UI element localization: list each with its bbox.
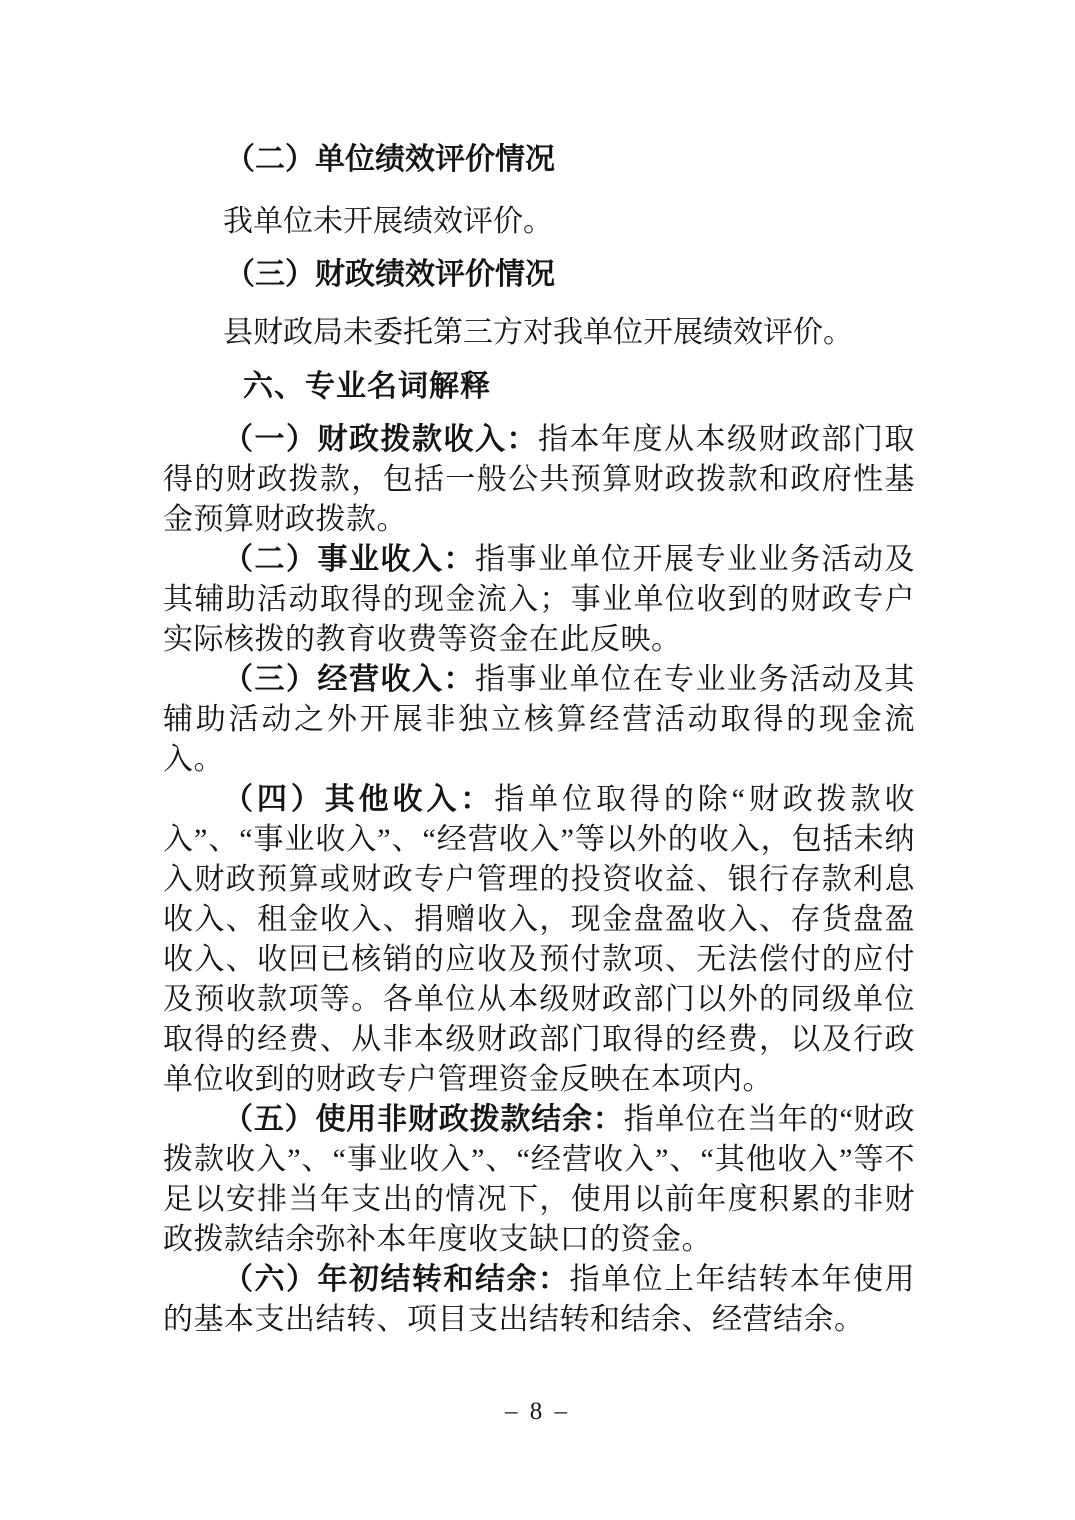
glossary-list: （一）财政拨款收入：指本年度从本级财政部门取得的财政拨款，包括一般公共预算财政拨… bbox=[163, 420, 915, 1340]
section-body-unit-performance: 我单位未开展绩效评价。 bbox=[163, 202, 915, 242]
glossary-term-label: （六）年初结转和结余： bbox=[223, 1263, 570, 1296]
document-page: （二）单位绩效评价情况 我单位未开展绩效评价。 （三）财政绩效评价情况 县财政局… bbox=[0, 0, 1075, 1520]
section-heading-finance-performance: （三）财政绩效评价情况 bbox=[163, 255, 915, 295]
glossary-term-label: （三）经营收入： bbox=[223, 663, 475, 696]
glossary-term-label: （四）其他收入： bbox=[223, 783, 494, 816]
page-number: – 8 – bbox=[0, 1398, 1075, 1426]
glossary-term: （五）使用非财政拨款结余：指单位在当年的“财政拨款收入”、“事业收入”、“经营收… bbox=[163, 1100, 915, 1260]
glossary-term: （三）经营收入：指事业单位在专业业务活动及其辅助活动之外开展非独立核算经营活动取… bbox=[163, 660, 915, 780]
glossary-term: （四）其他收入：指单位取得的除“财政拨款收入”、“事业收入”、“经营收入”等以外… bbox=[163, 780, 915, 1100]
section-body-finance-performance: 县财政局未委托第三方对我单位开展绩效评价。 bbox=[163, 313, 915, 353]
section-heading-unit-performance: （二）单位绩效评价情况 bbox=[163, 140, 915, 180]
glossary-term-definition: 指单位取得的除“财政拨款收入”、“事业收入”、“经营收入”等以外的收入，包括未纳… bbox=[163, 783, 915, 1096]
glossary-term-label: （二）事业收入： bbox=[223, 543, 475, 576]
glossary-term: （六）年初结转和结余：指单位上年结转本年使用的基本支出结转、项目支出结转和结余、… bbox=[163, 1260, 915, 1340]
glossary-term-label: （五）使用非财政拨款结余： bbox=[223, 1103, 624, 1136]
chapter-heading-glossary: 六、专业名词解释 bbox=[163, 367, 915, 407]
glossary-term: （一）财政拨款收入：指本年度从本级财政部门取得的财政拨款，包括一般公共预算财政拨… bbox=[163, 420, 915, 540]
glossary-term-label: （一）财政拨款收入： bbox=[223, 423, 538, 456]
glossary-term: （二）事业收入：指事业单位开展专业业务活动及其辅助活动取得的现金流入；事业单位收… bbox=[163, 540, 915, 660]
